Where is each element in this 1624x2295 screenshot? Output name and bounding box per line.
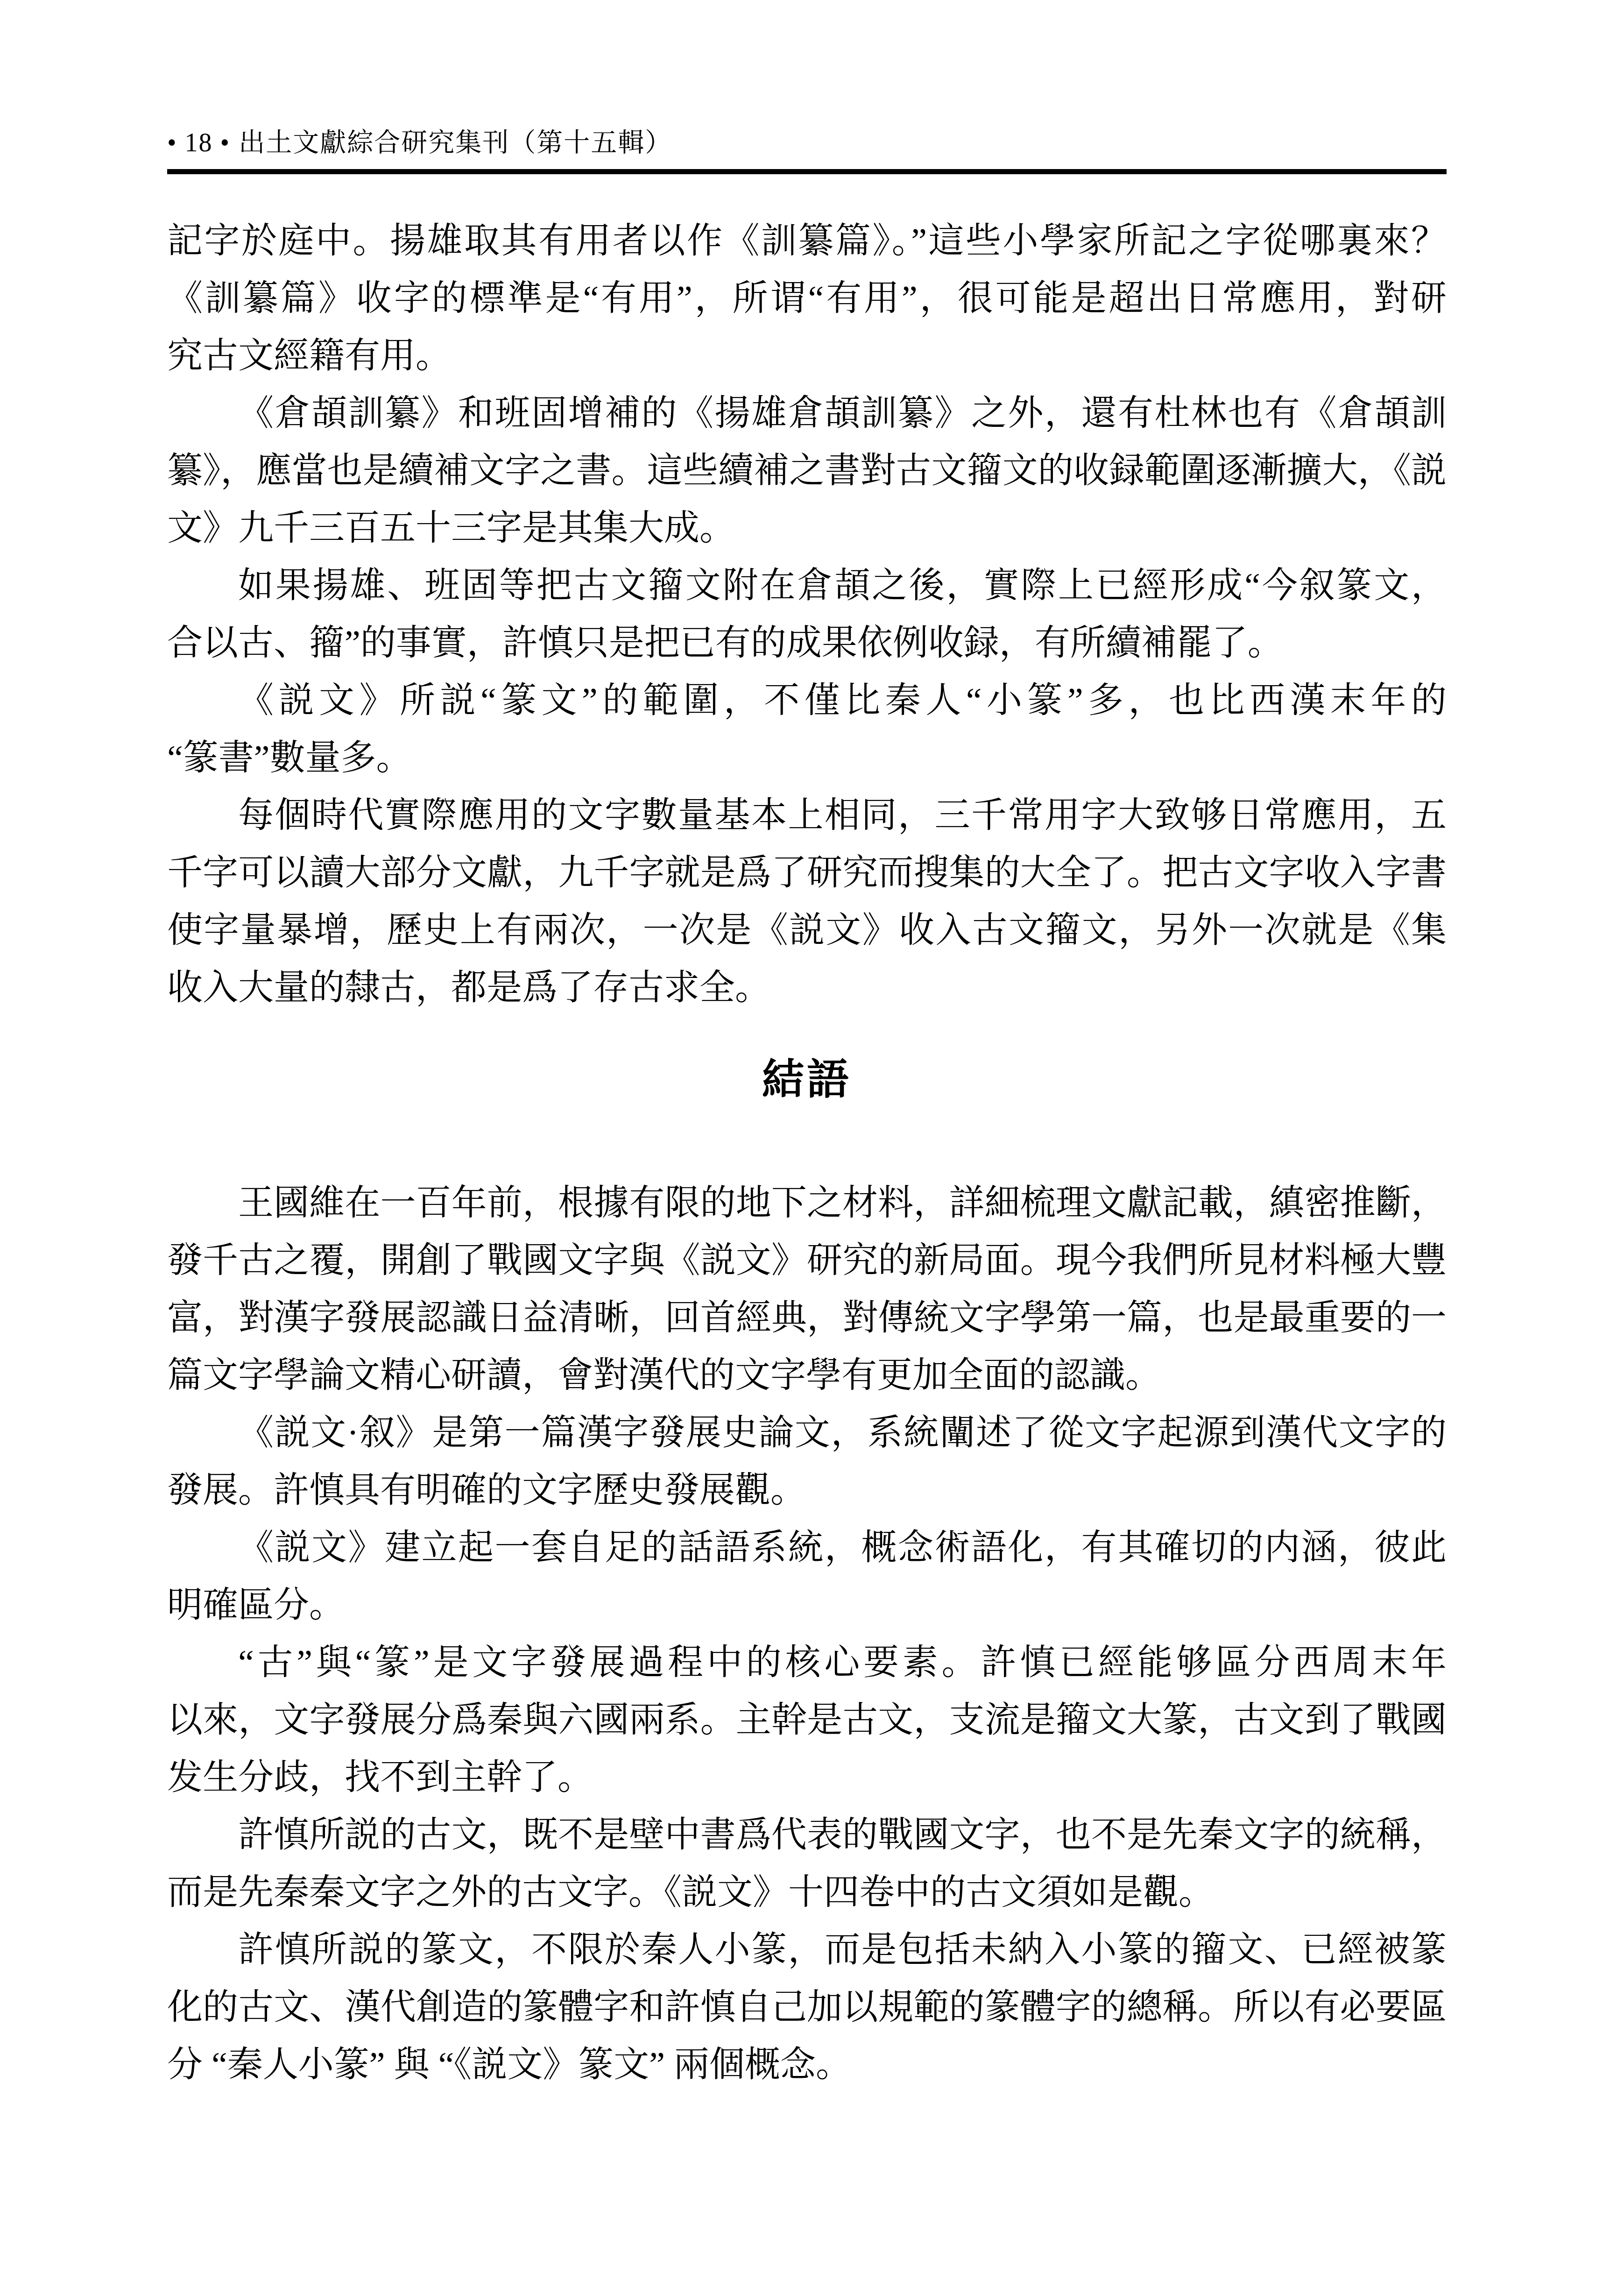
page-number-marker: • 18 • bbox=[167, 128, 230, 157]
paragraph: 如果揚雄、班固等把古文籀文附在倉頡之後，實際上已經形成“今叙篆文，合以古、籀”的… bbox=[167, 557, 1447, 672]
text-line: 許慎所説的篆文，不限於秦人小篆，而是包括未納入小篆的籀文、已經被篆 bbox=[167, 1921, 1447, 1979]
paragraph: 許慎所説的篆文，不限於秦人小篆，而是包括未納入小篆的籀文、已經被篆化的古文、漢代… bbox=[167, 1921, 1447, 2094]
text-line: 而是先秦秦文字之外的古文字。《説文》十四卷中的古文須如是觀。 bbox=[167, 1864, 1447, 1921]
text-line: 《訓纂篇》收字的標準是“有用”，所谓“有用”，很可能是超出日常應用，對研 bbox=[167, 270, 1447, 327]
journal-title: 出土文獻綜合研究集刊（第十五輯） bbox=[239, 128, 672, 157]
text-line: 文》九千三百五十三字是其集大成。 bbox=[167, 500, 1447, 557]
paragraph: 記字於庭中。揚雄取其有用者以作《訓纂篇》。”這些小學家所記之字從哪裏來？《訓纂篇… bbox=[167, 212, 1447, 385]
text-line: 究古文經籍有用。 bbox=[167, 327, 1447, 385]
text-line: 記字於庭中。揚雄取其有用者以作《訓纂篇》。”這些小學家所記之字從哪裏來？ bbox=[167, 212, 1447, 270]
text-line: 化的古文、漢代創造的篆體字和許慎自己加以規範的篆體字的總稱。所以有必要區 bbox=[167, 1979, 1447, 2036]
text-line: 明確區分。 bbox=[167, 1577, 1447, 1634]
text-line: 許慎所説的古文，既不是壁中書爲代表的戰國文字，也不是先秦文字的統稱， bbox=[167, 1806, 1447, 1864]
paragraph: “古”與“篆”是文字發展過程中的核心要素。許慎已經能够區分西周末年以來，文字發展… bbox=[167, 1634, 1447, 1806]
paragraph: 許慎所説的古文，既不是壁中書爲代表的戰國文字，也不是先秦文字的統稱，而是先秦秦文… bbox=[167, 1806, 1447, 1921]
paragraph: 《説文·叙》是第一篇漢字發展史論文，系統闡述了從文字起源到漢代文字的發展。許慎具… bbox=[167, 1404, 1447, 1519]
text-line: 如果揚雄、班固等把古文籀文附在倉頡之後，實際上已經形成“今叙篆文， bbox=[167, 557, 1447, 615]
scanned-page: • 18 •出土文獻綜合研究集刊（第十五輯） 記字於庭中。揚雄取其有用者以作《訓… bbox=[0, 0, 1624, 2295]
document-body: 記字於庭中。揚雄取其有用者以作《訓纂篇》。”這些小學家所記之字從哪裏來？《訓纂篇… bbox=[167, 212, 1447, 2094]
section-heading: 結語 bbox=[167, 1047, 1447, 1112]
text-line: 發展。許慎具有明確的文字歷史發展觀。 bbox=[167, 1462, 1447, 1519]
text-line: 篇文字學論文精心研讀，會對漢代的文字學有更加全面的認識。 bbox=[167, 1347, 1447, 1404]
text-line: 《説文》建立起一套自足的話語系統，概念術語化，有其確切的内涵，彼此 bbox=[167, 1519, 1447, 1577]
text-line: 发生分歧，找不到主幹了。 bbox=[167, 1749, 1447, 1806]
header-rule bbox=[167, 169, 1447, 174]
running-header: • 18 •出土文獻綜合研究集刊（第十五輯） bbox=[167, 127, 1447, 159]
text-line: 使字量暴增，歷史上有兩次，一次是《説文》收入古文籀文，另外一次就是《集韻》 bbox=[167, 902, 1447, 959]
text-line: 收入大量的隸古，都是爲了存古求全。 bbox=[167, 959, 1447, 1017]
text-line: 每個時代實際應用的文字數量基本上相同，三千常用字大致够日常應用，五 bbox=[167, 787, 1447, 844]
paragraph: 《倉頡訓纂》和班固增補的《揚雄倉頡訓纂》之外，還有杜林也有《倉頡訓纂》，應當也是… bbox=[167, 385, 1447, 557]
text-line: 以來，文字發展分爲秦與六國兩系。主幹是古文，支流是籀文大篆，古文到了戰國 bbox=[167, 1692, 1447, 1749]
text-line: 王國維在一百年前，根據有限的地下之材料，詳細梳理文獻記載，縝密推斷， bbox=[167, 1175, 1447, 1232]
text-line: 《倉頡訓纂》和班固增補的《揚雄倉頡訓纂》之外，還有杜林也有《倉頡訓 bbox=[167, 385, 1447, 442]
text-line: 發千古之覆，開創了戰國文字與《説文》研究的新局面。現今我們所見材料極大豐 bbox=[167, 1232, 1447, 1289]
text-line: 富，對漢字發展認識日益清晰，回首經典，對傳統文字學第一篇，也是最重要的一 bbox=[167, 1289, 1447, 1347]
text-line: “篆書”數量多。 bbox=[167, 730, 1447, 787]
text-line: “古”與“篆”是文字發展過程中的核心要素。許慎已經能够區分西周末年 bbox=[167, 1634, 1447, 1692]
text-line: 《説文》所説“篆文”的範圍，不僅比秦人“小篆”多，也比西漢末年的 bbox=[167, 672, 1447, 730]
text-line: 合以古、籀”的事實，許慎只是把已有的成果依例收録，有所續補罷了。 bbox=[167, 615, 1447, 672]
text-line: 《説文·叙》是第一篇漢字發展史論文，系統闡述了從文字起源到漢代文字的 bbox=[167, 1404, 1447, 1462]
paragraph: 《説文》建立起一套自足的話語系統，概念術語化，有其確切的内涵，彼此明確區分。 bbox=[167, 1519, 1447, 1634]
text-line: 分 “秦人小篆” 與 “《説文》篆文” 兩個概念。 bbox=[167, 2036, 1447, 2094]
paragraph: 每個時代實際應用的文字數量基本上相同，三千常用字大致够日常應用，五千字可以讀大部… bbox=[167, 787, 1447, 1017]
paragraph: 《説文》所説“篆文”的範圍，不僅比秦人“小篆”多，也比西漢末年的“篆書”數量多。 bbox=[167, 672, 1447, 787]
paragraph: 王國維在一百年前，根據有限的地下之材料，詳細梳理文獻記載，縝密推斷，發千古之覆，… bbox=[167, 1175, 1447, 1404]
text-line: 千字可以讀大部分文獻，九千字就是爲了研究而搜集的大全了。把古文字收入字書 bbox=[167, 844, 1447, 902]
text-line: 纂》，應當也是續補文字之書。這些續補之書對古文籀文的收録範圍逐漸擴大，《説 bbox=[167, 442, 1447, 500]
